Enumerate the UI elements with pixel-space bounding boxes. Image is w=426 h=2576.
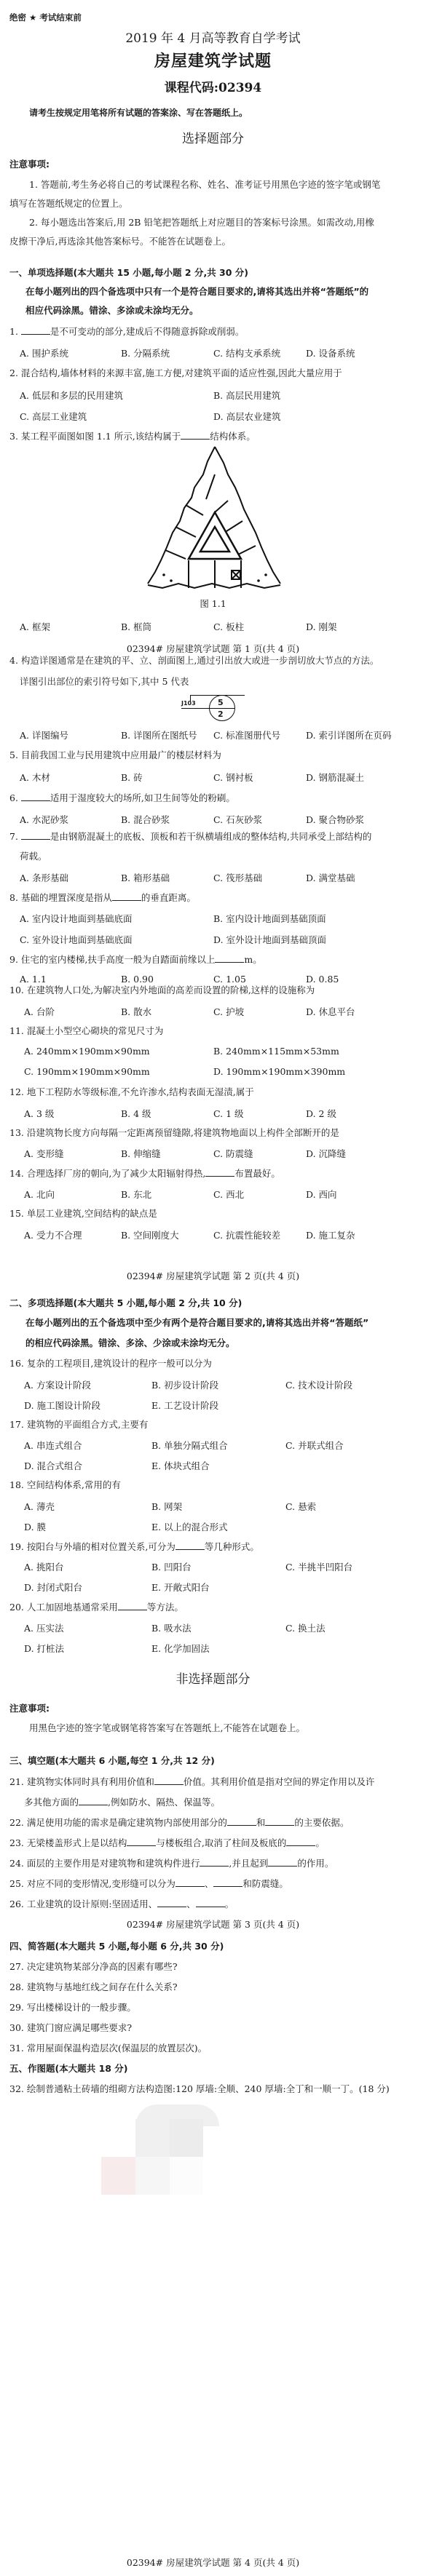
- question-29: 29. 写出楼梯设计的一般步骤。: [9, 2002, 136, 2014]
- q19-option-c: C. 半挑半凹阳台: [285, 1560, 352, 1573]
- secret-label: 绝密 ★ 考试结束前: [9, 12, 82, 23]
- watermark-block: [170, 2157, 203, 2195]
- question-17: 17. 建筑物的平面组合方式,主要有: [9, 1419, 148, 1431]
- question-22: 22. 满足使用功能的需求是确定建筑物内部使用部分的和的主要依据。: [9, 1816, 349, 1829]
- note-part2: 用黑色字迹的签字笔或钢笔将答案写在答题纸上,不能答在试题卷上。: [29, 1722, 305, 1734]
- page-title: 房屋建筑学试题: [0, 49, 426, 71]
- q10-option-c: C. 护坡: [213, 1005, 244, 1018]
- q18-option-e: E. 以上的混合形式: [151, 1520, 228, 1533]
- q6-option-c: C. 石灰砂浆: [213, 813, 262, 826]
- q19-option-e: E. 开敞式阳台: [151, 1581, 210, 1594]
- question-25: 25. 对应不同的变形情况,变形缝可以分为、和防震缝。: [9, 1877, 288, 1890]
- q20-option-b: B. 吸水法: [151, 1621, 192, 1634]
- note-1b: 填写在答题纸规定的位置上。: [9, 198, 128, 210]
- q19-option-b: B. 凹阳台: [151, 1560, 192, 1573]
- q2-option-c: C. 高层工业建筑: [20, 410, 87, 423]
- q14-option-a: A. 北向: [24, 1188, 55, 1201]
- q3-option-d: D. 刚架: [306, 620, 337, 633]
- q9-option-d: D. 0.85: [306, 974, 339, 985]
- watermark-block: [170, 2119, 203, 2157]
- q1-option-d: D. 设备系统: [306, 346, 355, 359]
- question-26: 26. 工业建筑的设计原则:坚固适用、、。: [9, 1898, 234, 1910]
- sheet-number: 2: [218, 709, 224, 719]
- watermark-block: [135, 2119, 170, 2157]
- q20-option-c: C. 换土法: [285, 1621, 326, 1634]
- answer-blank: [112, 891, 141, 901]
- section-2-title: 二、多项选择题(本大题共 5 小题,每小题 2 分,共 10 分): [9, 1297, 242, 1309]
- q16-option-a: A. 方案设计阶段: [24, 1378, 91, 1391]
- detail-number: 5: [218, 698, 224, 707]
- q18-option-d: D. 膜: [24, 1520, 46, 1533]
- question-20: 20. 人工加固地基通常采用等方法。: [9, 1601, 184, 1613]
- q13-option-d: D. 沉降缝: [306, 1147, 346, 1160]
- answer-blank: [181, 430, 210, 440]
- floor-plan-figure: [142, 445, 288, 591]
- q9-option-c: C. 1.05: [213, 974, 246, 985]
- section-title-choice: 选择题部分: [0, 128, 426, 146]
- answer-blank: [175, 1877, 205, 1887]
- q10-option-a: A. 台阶: [24, 1005, 55, 1018]
- q15-option-b: B. 空间刚度大: [121, 1228, 179, 1241]
- question-5: 5. 目前我国工业与民用建筑中应用最广的楼层材料为: [9, 750, 221, 761]
- q7-option-a: A. 条形基础: [20, 871, 68, 884]
- answer-blank: [175, 1541, 205, 1550]
- q10-option-b: B. 散水: [121, 1005, 151, 1018]
- q20-option-e: E. 化学加固法: [151, 1642, 210, 1655]
- page-footer-2: 02394# 房屋建筑学试题 第 2 页(共 4 页): [0, 1269, 426, 1282]
- question-9: 9. 住宅的室内楼梯,扶手高度一般为自踏面前缘以上m。: [9, 953, 262, 966]
- q12-option-c: C. 1 级: [213, 1107, 244, 1120]
- question-7-cont: 荷载。: [20, 851, 47, 862]
- figure-caption: 图 1.1: [0, 598, 426, 610]
- question-16: 16. 复杂的工程项目,建筑设计的程序一般可以分为: [9, 1358, 212, 1370]
- answer-blank: [154, 1776, 184, 1785]
- q4-option-c: C. 标准图册代号: [213, 728, 280, 742]
- q12-option-a: A. 3 级: [24, 1107, 54, 1120]
- q13-option-b: B. 伸缩缝: [121, 1147, 161, 1160]
- question-31: 31. 常用屋面保温构造层次(保温层的放置层次)。: [9, 2043, 207, 2054]
- question-23: 23. 无梁楼盖形式上是以结构与楼板组合,取消了柱间及板底的。: [9, 1837, 325, 1849]
- section-1-desc-1: 在每小题列出的四个备选项中只有一个是符合题目要求的,请将其选出并将“答题纸”的: [25, 286, 368, 298]
- answer-blank: [205, 1167, 234, 1177]
- q13-option-a: A. 变形缝: [24, 1147, 63, 1160]
- q14-option-d: D. 西向: [306, 1188, 337, 1201]
- q14-option-c: C. 西北: [213, 1188, 244, 1201]
- q2-option-b: B. 高层民用建筑: [213, 389, 280, 402]
- q15-option-c: C. 抗震性能较差: [213, 1228, 280, 1241]
- notes-label: 注意事项:: [9, 159, 50, 170]
- q1-option-c: C. 结构支承系统: [213, 346, 280, 359]
- q8-option-b: B. 室内设计地面到基础顶面: [213, 912, 326, 925]
- question-7: 7. 是由钢筋混凝土的底板、顶板和若干纵横墙组成的整体结构,共同承受上部结构的: [9, 830, 371, 843]
- q16-option-d: D. 施工图设计阶段: [24, 1399, 100, 1412]
- q16-option-b: B. 初步设计阶段: [151, 1378, 218, 1391]
- answer-blank: [79, 1796, 108, 1805]
- q7-option-d: D. 满堂基础: [306, 871, 355, 884]
- q18-option-b: B. 网架: [151, 1500, 182, 1513]
- q5-option-a: A. 木材: [20, 771, 50, 784]
- q4-option-b: B. 详图所在图纸号: [121, 728, 197, 742]
- q20-option-a: A. 压实法: [24, 1621, 63, 1634]
- q15-option-d: D. 施工复杂: [306, 1228, 355, 1241]
- q5-option-b: B. 砖: [121, 771, 143, 784]
- note-2a: 2. 每小题选出答案后,用 2B 铅笔把答题纸上对应题目的答案标号涂黑。如需改动…: [29, 217, 374, 228]
- answer-blank: [213, 1877, 242, 1887]
- question-30: 30. 建筑门窗应满足哪些要求?: [9, 2022, 132, 2034]
- question-6: 6. 适用于湿度较大的场所,如卫生间等处的粉刷。: [9, 792, 235, 804]
- question-4: 4. 构造详图通常是在建筑的平、立、剖面图上,通过引出放大或进一步剖切放大节点的…: [9, 655, 379, 667]
- answer-blank: [21, 792, 50, 801]
- answer-blank: [118, 1601, 147, 1610]
- q19-option-d: D. 封闭式阳台: [24, 1581, 82, 1594]
- question-11: 11. 混凝土小型空心砌块的常见尺寸为: [9, 1025, 163, 1037]
- q16-option-e: E. 工艺设计阶段: [151, 1399, 218, 1412]
- exam-title: 2019 年 4 月高等教育自学考试: [0, 28, 426, 46]
- question-24: 24. 面层的主要作用是对建筑物和建筑构件进行,并且起到的作用。: [9, 1857, 334, 1869]
- q2-option-a: A. 低层和多层的民用建筑: [20, 389, 123, 402]
- question-32: 32. 绘制普通粘土砖墙的组砌方法构造图:120 厚墙:全顺、240 厚墙:全丁…: [9, 2083, 390, 2095]
- answer-blank: [21, 325, 50, 335]
- page-footer-3: 02394# 房屋建筑学试题 第 3 页(共 4 页): [0, 1917, 426, 1931]
- q9-option-a: A. 1.1: [20, 974, 47, 985]
- question-18: 18. 空间结构体系,常用的有: [9, 1479, 121, 1491]
- section-1-title: 一、单项选择题(本大题共 15 小题,每小题 2 分,共 30 分): [9, 267, 248, 279]
- atlas-code: J103: [181, 700, 196, 707]
- q11-option-a: A. 240mm×190mm×90mm: [24, 1046, 150, 1057]
- q5-option-d: D. 钢筋混凝土: [306, 771, 364, 784]
- question-15: 15. 单层工业建筑,空间结构的缺点是: [9, 1208, 157, 1220]
- section-2-desc-1: 在每小题列出的五个备选项中至少有两个是符合题目要求的,请将其选出并将“答题纸”: [25, 1317, 368, 1329]
- q12-option-b: B. 4 级: [121, 1107, 151, 1120]
- q14-option-b: B. 东北: [121, 1188, 151, 1201]
- answer-blank: [127, 1837, 156, 1846]
- answer-blank: [157, 1898, 186, 1907]
- question-21-cont: 多其他方面的,例如防水、隔热、保温等。: [24, 1796, 220, 1808]
- question-12: 12. 地下工程防水等级标准,不允许渗水,结构表面无湿渍,属于: [9, 1086, 254, 1098]
- q7-option-b: B. 箱形基础: [121, 871, 170, 884]
- q1-option-a: A. 围护系统: [20, 346, 68, 359]
- watermark-block: [101, 2157, 135, 2195]
- section-title-non-choice: 非选择题部分: [0, 1669, 426, 1687]
- q6-option-a: A. 水泥砂浆: [20, 813, 68, 826]
- question-2: 2. 混合结构,墙体材料的来源丰富,施工方便,对建筑平面的适应性强,因此大量应用…: [9, 367, 342, 379]
- q3-option-c: C. 板柱: [213, 620, 244, 633]
- question-10: 10. 在建筑物人口处,为解决室内外地面的高差而设置的阶梯,这样的设施称为: [9, 985, 315, 996]
- q17-option-a: A. 串连式组合: [24, 1439, 82, 1452]
- q1-option-b: B. 分隔系统: [121, 346, 170, 359]
- question-14: 14. 合理选择厂房的朝向,为了减少太阳辐射得热,布置最好。: [9, 1167, 280, 1180]
- answer-blank: [200, 1857, 229, 1867]
- q17-option-c: C. 并联式组合: [285, 1439, 344, 1452]
- q6-option-b: B. 混合砂浆: [121, 813, 170, 826]
- question-3: 3. 某工程平面图如图 1.1 所示,该结构属于结构体系。: [9, 430, 256, 442]
- q8-option-a: A. 室内设计地面到基础底面: [20, 912, 132, 925]
- section-3-title: 三、填空题(本大题共 6 小题,每空 1 分,共 12 分): [9, 1755, 215, 1767]
- answer-blank: [265, 1816, 294, 1826]
- answer-blank: [268, 1857, 297, 1867]
- section-2-desc-2: 的相应代码涂黑。错涂、多涂、少涂或未涂均无分。: [25, 1337, 235, 1349]
- q8-option-d: D. 室外设计地面到基础顶面: [213, 933, 326, 946]
- index-symbol: J103 5 2: [181, 695, 247, 724]
- q5-option-c: C. 钢衬板: [213, 771, 253, 784]
- question-28: 28. 建筑物与基地红线之间存在什么关系?: [9, 1981, 178, 1993]
- instruction: 请考生按规定用笔将所有试题的答案涂、写在答题纸上。: [29, 106, 248, 119]
- q2-option-d: D. 高层农业建筑: [213, 410, 281, 423]
- q4-option-a: A. 详图编号: [20, 728, 68, 742]
- q9-option-b: B. 0.90: [121, 974, 154, 985]
- q15-option-a: A. 受力不合理: [24, 1228, 82, 1241]
- answer-blank: [286, 1837, 315, 1846]
- question-13: 13. 沿建筑物长度方向每隔一定距离预留缝隙,将建筑物地面以上构件全部断开的是: [9, 1127, 339, 1139]
- section-4-title: 四、简答题(本大题共 5 小题,每小题 6 分,共 30 分): [9, 1941, 224, 1952]
- course-code: 课程代码:02394: [0, 77, 426, 95]
- watermark-block: [135, 2157, 170, 2195]
- q6-option-d: D. 聚合物砂浆: [306, 813, 364, 826]
- page-footer-1: 02394# 房屋建筑学试题 第 1 页(共 4 页): [0, 642, 426, 655]
- q17-option-b: B. 单独分隔式组合: [151, 1439, 228, 1452]
- q3-option-a: A. 框架: [20, 620, 50, 633]
- q10-option-d: D. 休息平台: [306, 1005, 355, 1018]
- answer-blank: [227, 1816, 256, 1826]
- question-8: 8. 基础的埋置深度是指从的垂直距离。: [9, 891, 196, 904]
- q8-option-c: C. 室外设计地面到基础底面: [20, 933, 133, 946]
- question-4-cont: 详图引出部位的索引符号如下,其中 5 代表: [20, 676, 189, 688]
- section-1-desc-2: 相应代码涂黑。错涂、多涂或未涂均无分。: [25, 305, 199, 317]
- section-5-title: 五、作图题(本大题共 18 分): [9, 2063, 128, 2075]
- question-19: 19. 按阳台与外墙的相对位置关系,可分为等几种形式。: [9, 1541, 259, 1553]
- q7-option-c: C. 筏形基础: [213, 871, 262, 884]
- question-21: 21. 建筑物实体同时具有利用价值和价值。其利用价值是指对空间的界定作用以及许: [9, 1776, 374, 1788]
- page-footer-4: 02394# 房屋建筑学试题 第 4 页(共 4 页): [0, 2556, 426, 2569]
- q13-option-c: C. 防震缝: [213, 1147, 253, 1160]
- answer-blank: [215, 953, 244, 963]
- q4-option-d: D. 索引详图所在页码: [306, 728, 392, 742]
- question-1: 1. 是不可变动的部分,建成后不得随意拆除或削弱。: [9, 325, 244, 338]
- q17-option-e: E. 体块式组合: [151, 1459, 210, 1472]
- q11-option-d: D. 190mm×190mm×390mm: [213, 1066, 345, 1077]
- note-1a: 1. 答题前,考生务必将自己的考试课程名称、姓名、准考证号用黑色字迹的签字笔或钢…: [29, 179, 380, 191]
- q18-option-a: A. 薄壳: [24, 1500, 55, 1513]
- q20-option-d: D. 打桩法: [24, 1642, 64, 1655]
- answer-blank: [196, 1898, 225, 1907]
- q16-option-c: C. 技术设计阶段: [285, 1378, 352, 1391]
- answer-blank: [21, 830, 50, 840]
- q11-option-b: B. 240mm×115mm×53mm: [213, 1046, 339, 1057]
- q11-option-c: C. 190mm×190mm×90mm: [24, 1066, 150, 1077]
- note-2b: 皮擦干净后,再选涂其他答案标号。不能答在试题卷上。: [9, 236, 231, 247]
- notes-label-2: 注意事项:: [9, 1703, 50, 1714]
- q19-option-a: A. 挑阳台: [24, 1560, 63, 1573]
- question-27: 27. 决定建筑物某部分净高的因素有哪些?: [9, 1961, 178, 1973]
- q12-option-d: D. 2 级: [306, 1107, 336, 1120]
- q18-option-c: C. 悬索: [285, 1500, 316, 1513]
- q3-option-b: B. 框筒: [121, 620, 151, 633]
- q17-option-d: D. 混合式组合: [24, 1459, 82, 1472]
